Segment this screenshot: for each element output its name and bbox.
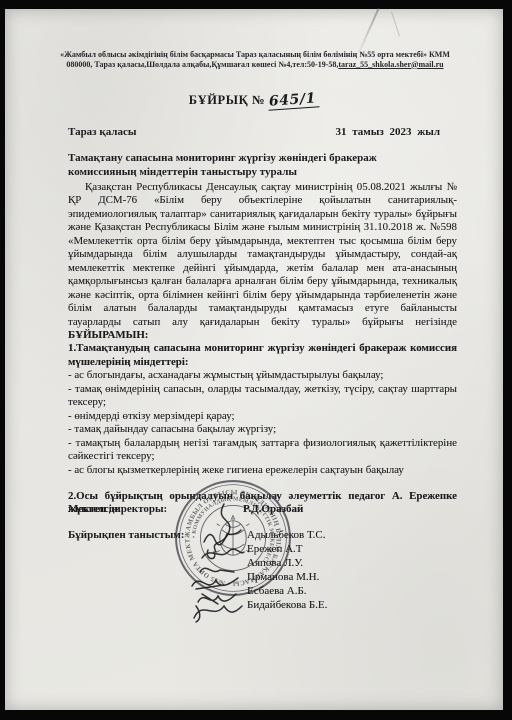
paper-crease (358, 8, 379, 53)
signature-stroke (192, 578, 238, 589)
duty-item: - тамақ дайындау сапасына бақылау жүргіз… (68, 423, 457, 436)
order-date: 31 тамыз 2023 жыл (335, 126, 440, 138)
duty-item: - ас блогындағы, асханадағы жұмыстың ұйы… (68, 369, 457, 382)
signature-stroke (198, 594, 236, 604)
order-subject: Тамақтану сапасына мониторинг жүргізу жө… (68, 151, 408, 179)
duties-list: - ас блогындағы, асханадағы жұмыстың ұйы… (68, 369, 457, 477)
director-label: Мектеп директоры: (68, 503, 167, 515)
order-item-1-heading: 1.Тамақтанудың сапасына мониторинг жүргі… (68, 342, 457, 369)
signatures-overlay (186, 496, 278, 628)
paper-crease (391, 11, 400, 36)
preamble-text: Қазақстан Республикасы Денсаулық сақтау … (68, 181, 457, 328)
order-body: Қазақстан Республикасы Денсаулық сақтау … (68, 181, 457, 517)
signature-stroke (214, 504, 229, 552)
order-number-handwritten: 645/1 (268, 90, 320, 111)
signature-stroke (194, 606, 242, 622)
signature-stroke (202, 549, 244, 558)
letterhead-org-name: «Жамбыл облысы әкімдігінің білім басқарм… (29, 50, 481, 60)
order-title: БҰЙРЫҚ №645/1 (5, 92, 503, 109)
letterhead: «Жамбыл облысы әкімдігінің білім басқарм… (29, 50, 481, 69)
duty-item: - тамақ өнімдерінің сапасын, оларды тасы… (68, 383, 457, 410)
duty-item: - өнімдерді өткізу мерзімдері қарау; (68, 410, 457, 423)
meta-row: Тараз қаласы 31 тамыз 2023 жыл (68, 126, 440, 138)
duty-item: - тамақтың балалардың негізі тағамдық за… (68, 437, 457, 464)
letterhead-email: taraz_55_shkola.sher@mail.ru (338, 60, 443, 69)
letterhead-address-line: 080000, Тараз қаласы,Шолдала алқабы,Құмш… (29, 60, 481, 70)
duty-item: - ас блогы қызметкерлерінің жеке гигиена… (68, 464, 457, 477)
city-label: Тараз қаласы (68, 126, 136, 138)
resolve-word: БҰЙЫРАМЫН: (68, 329, 148, 341)
preamble-paragraph: Қазақстан Республикасы Денсаулық сақтау … (68, 181, 457, 342)
scanned-document-frame: «Жамбыл облысы әкімдігінің білім басқарм… (0, 0, 512, 720)
letterhead-address: 080000, Тараз қаласы,Шолдала алқабы,Құмш… (66, 60, 338, 69)
document-page: «Жамбыл облысы әкімдігінің білім басқарм… (5, 9, 503, 710)
signature-stroke (200, 568, 234, 572)
signature-stroke (204, 530, 241, 545)
acknowledged-label: Бұйрықпен таныстым: (68, 529, 184, 541)
order-label: БҰЙРЫҚ № (189, 93, 265, 107)
